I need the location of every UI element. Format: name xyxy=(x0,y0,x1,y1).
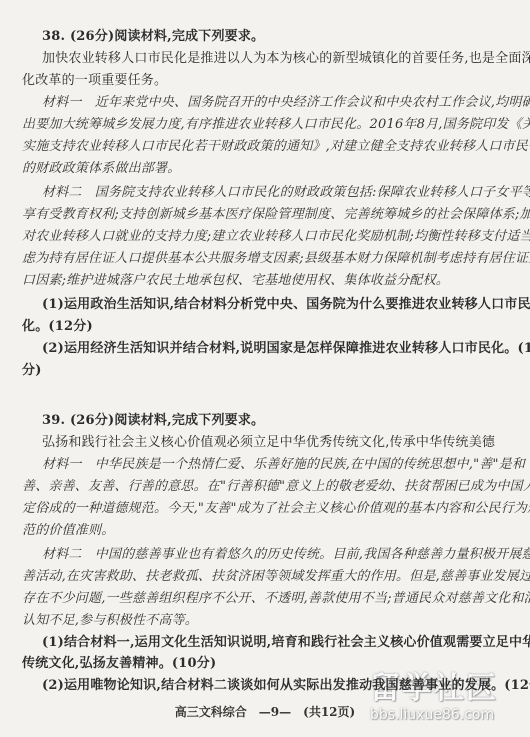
watermark-url: bbs.liuxue86.com xyxy=(370,706,530,724)
q39-subquestion-1: 传统文化,弘扬友善精神。(10分) xyxy=(22,655,510,672)
q39-subquestion-2: (2)运用唯物论知识,结合材料二谈谈如何从实际出发推动我国慈善事业的发展。(12… xyxy=(42,677,510,694)
lower-section xyxy=(0,0,530,737)
